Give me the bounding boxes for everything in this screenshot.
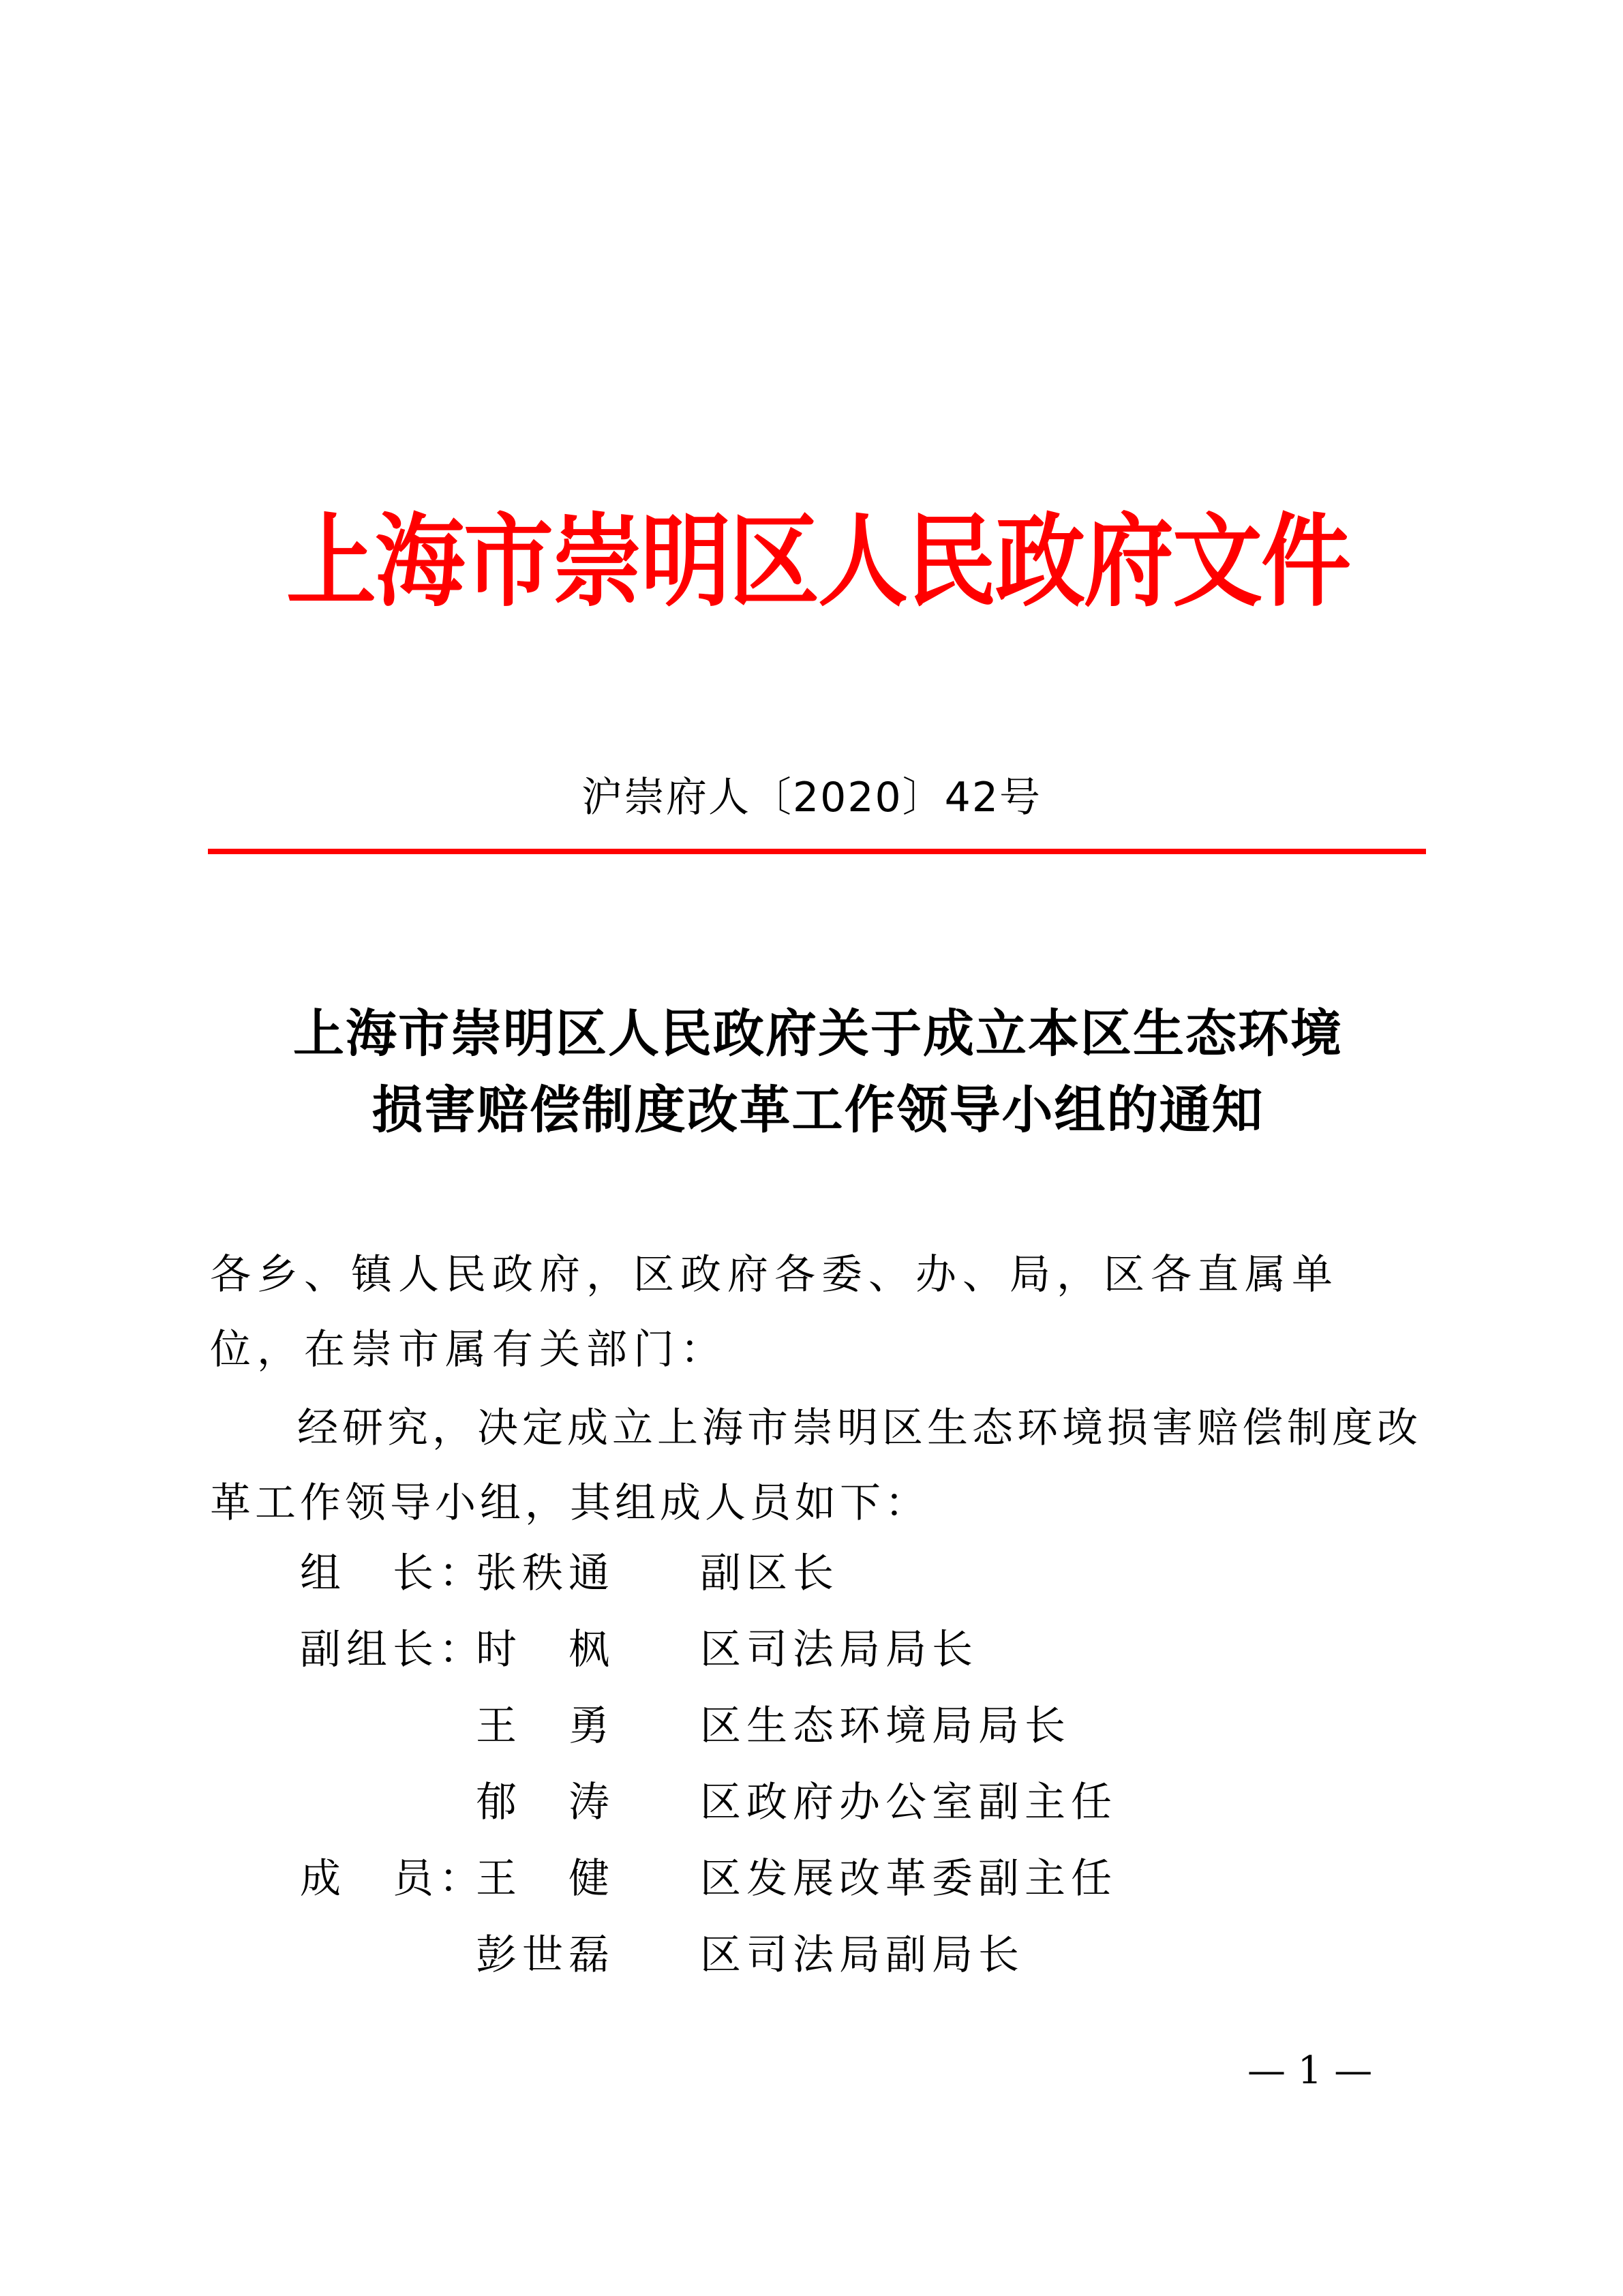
roster-position: 副区长: [700, 1541, 839, 1599]
roster-name: 王 勇: [476, 1693, 653, 1752]
page-number: — 1 —: [1247, 2049, 1372, 2093]
roster-name: 时 枫: [476, 1617, 653, 1676]
document-title: 上海市崇明区人民政府关于成立本区生态环境 损害赔偿制度改革工作领导小组的通知: [204, 995, 1431, 1148]
roster-name: 张秩通: [476, 1541, 653, 1599]
paragraph-decision: 经研究，决定成立上海市崇明区生态环境损害赔偿制度改革工作领导小组，其组成人员如下…: [210, 1391, 1430, 1541]
document-number: 沪崇府人〔2020〕42号: [0, 770, 1623, 825]
title-line-2: 损害赔偿制度改革工作领导小组的通知: [204, 1072, 1431, 1148]
roster-role: 成 员：: [300, 1846, 477, 1905]
roster-position: 区生态环境局局长: [700, 1693, 1071, 1752]
document-masthead: 上海市崇明区人民政府文件: [204, 501, 1431, 623]
roster-position: 区司法局局长: [700, 1617, 978, 1676]
salutation: 各乡、镇人民政府，区政府各委、办、局，区各直属单位，在崇市属有关部门：: [210, 1237, 1430, 1387]
roster-name: 王 健: [476, 1846, 653, 1905]
roster-role: 副组长：: [300, 1617, 477, 1676]
roster-role: 组 长：: [300, 1541, 477, 1599]
roster-name: 彭世磊: [476, 1922, 653, 1981]
red-divider-line: [208, 849, 1426, 854]
roster-name: 郁 涛: [476, 1770, 653, 1828]
roster-position: 区政府办公室副主任: [700, 1770, 1117, 1828]
title-line-1: 上海市崇明区人民政府关于成立本区生态环境: [204, 995, 1431, 1072]
roster-position: 区发展改革委副主任: [700, 1846, 1117, 1905]
roster-position: 区司法局副局长: [700, 1922, 1025, 1981]
